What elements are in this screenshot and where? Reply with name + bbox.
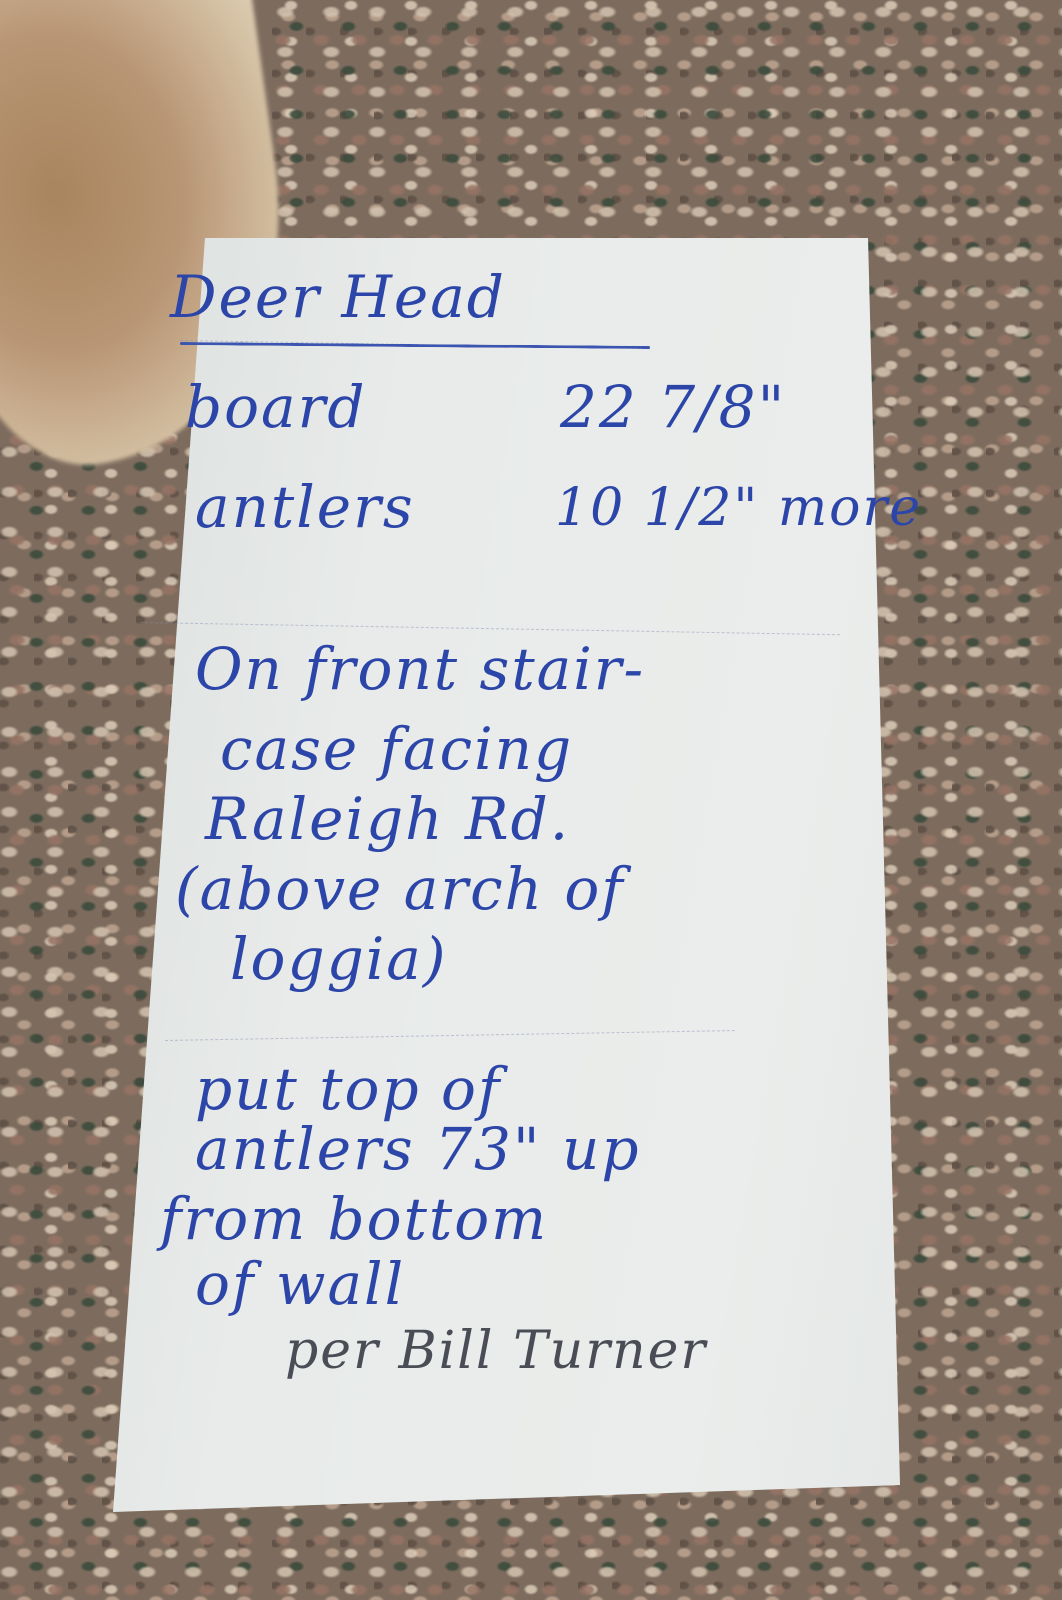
instruction-line-1: put top of: [195, 1060, 501, 1118]
antlers-label: antlers: [195, 478, 415, 536]
location-line-5: loggia): [230, 930, 447, 988]
location-line-3: Raleigh Rd.: [205, 790, 570, 848]
location-line-2: case facing: [220, 720, 573, 778]
location-line-4: (above arch of: [175, 860, 625, 918]
location-line-1: On front stair-: [195, 640, 645, 698]
board-value: 22 7/8": [560, 378, 786, 436]
instruction-line-3: from bottom: [160, 1190, 548, 1248]
note-title: Deer Head: [170, 268, 506, 326]
instruction-line-2: antlers 73" up: [195, 1120, 640, 1178]
attribution: per Bill Turner: [285, 1325, 707, 1377]
instruction-line-4: of wall: [195, 1255, 405, 1313]
board-label: board: [185, 378, 366, 436]
antlers-value: 10 1/2" more: [555, 482, 922, 534]
